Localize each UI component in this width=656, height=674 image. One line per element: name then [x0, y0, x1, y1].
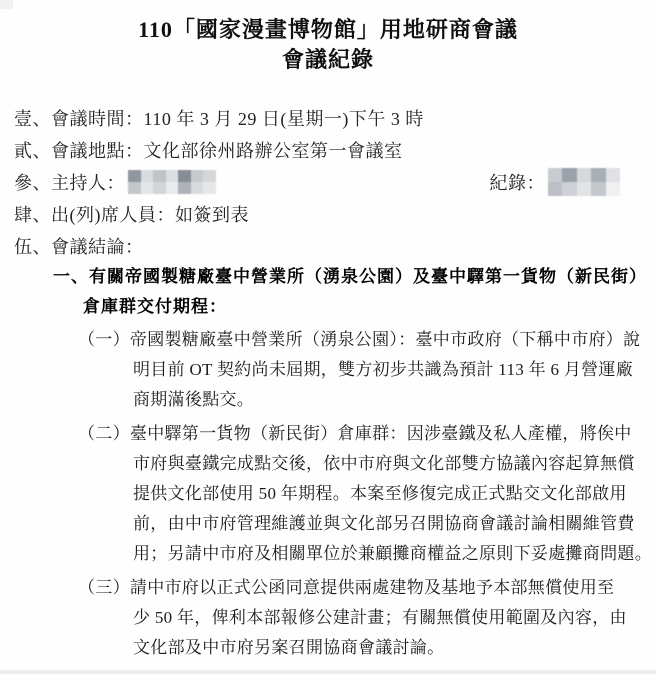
conclusion-label: 伍、會議結論：: [14, 233, 144, 259]
chair-recorder-row: 參、主持人： 紀錄：: [14, 166, 642, 198]
meeting-meta: 壹、會議時間：110 年 3 月 29 日(星期一)下午 3 時 貳、會議地點：…: [0, 102, 656, 262]
recorder-label: 紀錄：: [490, 169, 546, 195]
scan-artifact-corner: [0, 0, 13, 9]
chair-name-redaction: [128, 170, 216, 194]
conclusion-item-2-line: 前，由中市府管理維護並與文化部另召開協商會議討論相關維管費: [133, 509, 646, 539]
recorder-pair: 紀錄：: [490, 168, 621, 196]
conclusion-section: 一、有關帝國製糖廠臺中營業所（湧泉公園）及臺中驛第一貨物（新民街） 倉庫群交付期…: [0, 262, 656, 663]
conclusion-item-1-line: 商期滿後點交。: [133, 385, 646, 415]
conclusion-item-3-line: （三）請中市府以正式公函同意提供兩處建物及基地予本部無償使用至: [78, 573, 646, 603]
conclusion-item-3-line: 文化部及中市府另案召開協商會議討論。: [133, 633, 646, 663]
meeting-title: 110「國家漫畫博物館」用地研商會議: [0, 15, 656, 45]
conclusion-item-2-line: 市府與臺鐵完成點交後，依中市府與文化部雙方協議內容起算無償: [133, 449, 646, 479]
conclusion-item-3: （三）請中市府以正式公函同意提供兩處建物及基地予本部無償使用至 少 50 年，俾…: [14, 573, 646, 663]
conclusion-item-2-line: 提供文化部使用 50 年期程。本案至修復完成正式點交文化部啟用: [133, 479, 646, 509]
attendees-row: 肆、出(列)席人員：如簽到表: [14, 198, 642, 230]
meeting-time: 壹、會議時間：110 年 3 月 29 日(星期一)下午 3 時: [14, 105, 424, 131]
meeting-time-row: 壹、會議時間：110 年 3 月 29 日(星期一)下午 3 時: [14, 102, 642, 134]
conclusion-heading-line-2: 倉庫群交付期程：: [83, 292, 646, 322]
document-page: 110「國家漫畫博物館」用地研商會議 會議紀錄 壹、會議時間：110 年 3 月…: [0, 0, 656, 674]
attendees: 肆、出(列)席人員：如簽到表: [14, 201, 249, 227]
conclusion-heading-line-1: 一、有關帝國製糖廠臺中營業所（湧泉公園）及臺中驛第一貨物（新民街）: [53, 262, 646, 292]
conclusion-item-2-line: （二）臺中驛第一貨物（新民街）倉庫群：因涉臺鐵及私人產權，將俟中: [78, 419, 646, 449]
conclusion-item-2: （二）臺中驛第一貨物（新民街）倉庫群：因涉臺鐵及私人產權，將俟中 市府與臺鐵完成…: [14, 419, 646, 569]
conclusion-label-row: 伍、會議結論：: [14, 230, 642, 262]
conclusion-item-1-line: （一）帝國製糖廠臺中營業所（湧泉公園）：臺中市政府（下稱中市府）說: [78, 325, 646, 355]
meeting-location-row: 貳、會議地點：文化部徐州路辦公室第一會議室: [14, 134, 642, 166]
document-header: 110「國家漫畫博物館」用地研商會議 會議紀錄: [0, 0, 656, 75]
conclusion-item-1: （一）帝國製糖廠臺中營業所（湧泉公園）：臺中市政府（下稱中市府）說 明目前 OT…: [14, 325, 646, 415]
meeting-subtitle: 會議紀錄: [0, 45, 656, 75]
conclusion-item-3-line: 少 50 年，俾利本部報修公建計畫；有關無償使用範圍及內容，由: [133, 603, 646, 633]
chair-pair: 參、主持人：: [14, 169, 216, 195]
conclusion-item-2-line: 用；另請中市府及相關單位於兼顧攤商權益之原則下妥處攤商問題。: [133, 539, 646, 569]
chair-label: 參、主持人：: [14, 169, 125, 195]
conclusion-item-1-line: 明目前 OT 契約尚未屆期，雙方初步共識為預計 113 年 6 月營運廠: [133, 355, 646, 385]
recorder-name-redaction: [548, 168, 620, 196]
scan-artifact-bottom-edge: [0, 670, 656, 674]
meeting-location: 貳、會議地點：文化部徐州路辦公室第一會議室: [14, 137, 403, 163]
